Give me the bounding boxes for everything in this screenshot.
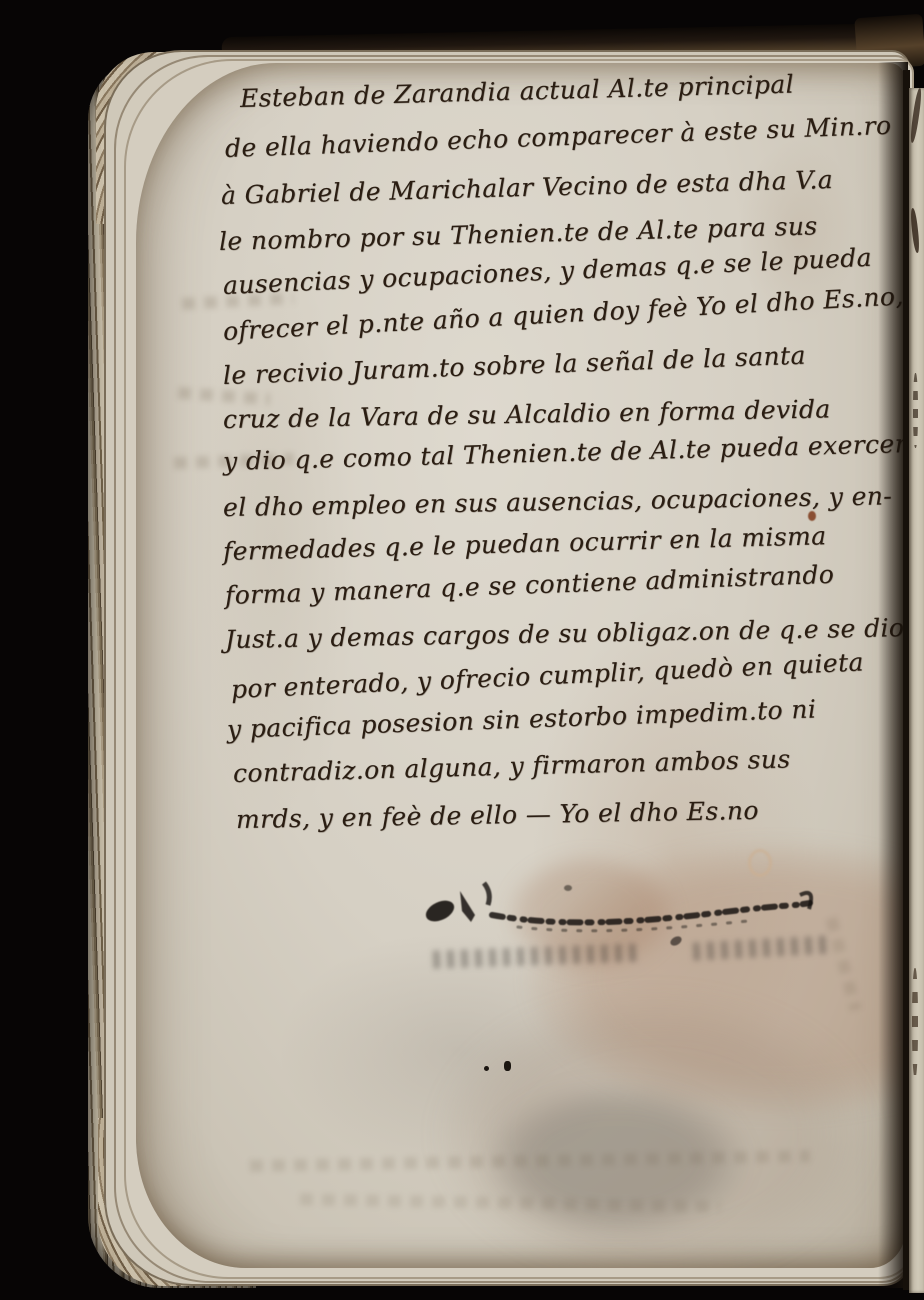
manuscript-photo: Esteban de Zarandia actual Al.te princip… [0, 0, 924, 1300]
facing-page-ink-mark [909, 88, 923, 143]
manuscript-line: fermedades q.e le puedan ocurrir en la m… [223, 523, 827, 564]
manuscript-line: mrds, y en feè de ello — Yo el dho Es.no [236, 798, 759, 832]
manuscript-line: à Gabriel de Marichalar Vecino de esta d… [221, 167, 834, 208]
manuscript-line: Just.a y demas cargos de su obligaz.on d… [225, 615, 905, 652]
manuscript-line: cruz de la Vara de su Alcaldio en forma … [223, 396, 831, 432]
manuscript-line: forma y manera q.e se contiene administr… [225, 562, 835, 608]
manuscript-line: le nombro por su Thenien.te de Al.te par… [219, 213, 818, 254]
ink-dot [484, 1066, 489, 1071]
manuscript-line: y dio q.e como tal Thenien.te de Al.te p… [223, 431, 906, 474]
manuscript-line: por enterado, y ofrecio cumplir, quedò e… [230, 649, 864, 702]
rust-fleck [808, 511, 816, 521]
water-stain-lobe-lower [439, 994, 869, 1268]
manuscript-line: Esteban de Zarandia actual Al.te princip… [240, 71, 795, 110]
ink-dot [184, 95, 188, 99]
manuscript-line: y pacifica posesion sin estorbo impedim.… [227, 696, 817, 742]
manuscript-line: contradiz.on alguna, y firmaron ambos su… [233, 746, 791, 786]
facing-page-sliver [909, 88, 924, 1293]
manuscript-page: Esteban de Zarandia actual Al.te princip… [136, 63, 906, 1268]
facing-page-ink-mark [910, 208, 921, 253]
ink-dot [504, 1061, 511, 1071]
bleedthrough-ghost [300, 1193, 720, 1212]
manuscript-line: el dho empleo en sus ausencias, ocupacio… [223, 483, 893, 520]
manuscript-line: de ella haviendo echo comparecer à este … [225, 113, 892, 161]
facing-page-ink-mark [913, 373, 918, 448]
bleedthrough-ghost [250, 1150, 810, 1172]
ink-dot [169, 91, 173, 95]
bleedthrough-ghost [825, 917, 861, 1012]
facing-page-ink-mark [912, 968, 918, 1078]
smudged-signature-remnant [418, 863, 828, 953]
manuscript-line: le recivio Juram.to sobre la señal de la… [223, 343, 807, 388]
